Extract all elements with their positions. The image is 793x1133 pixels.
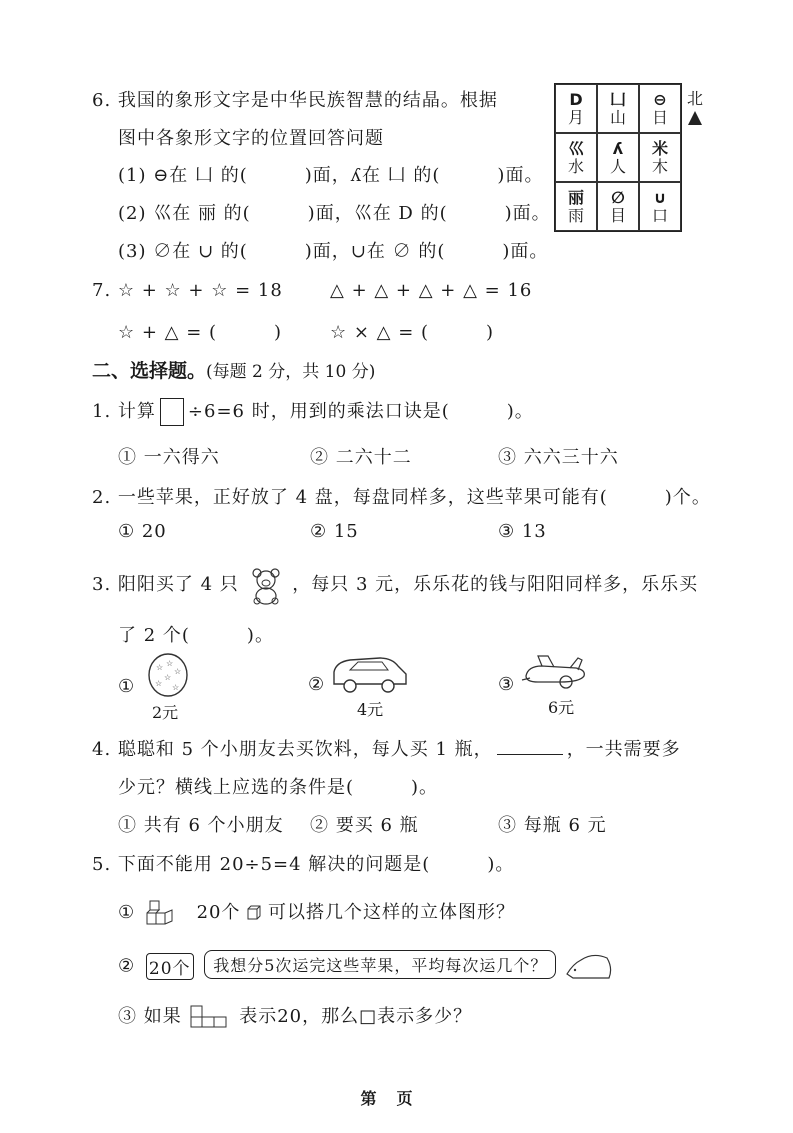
svg-text:☆: ☆ <box>172 683 179 692</box>
q7-ask1: ☆ + △ = ( ) <box>118 318 282 344</box>
rain-glyph-icon: 丽 <box>568 189 584 207</box>
mouth-glyph-icon: ∪ <box>654 189 667 207</box>
c3-option-1-num[interactable]: ① <box>118 676 135 697</box>
c4-prefix: 4. 聪聪和 5 个小朋友去买饮料，每人买 1 瓶， <box>92 739 493 760</box>
moon-glyph-icon: D <box>569 91 582 109</box>
option-num: ① <box>118 902 135 923</box>
q6-sub1: (1) ⊖在 凵 的( )面，ʎ在 凵 的( )面。 <box>118 161 543 187</box>
option-num: ② <box>118 956 135 977</box>
c2-question: 2. 一些苹果，正好放了 4 盘，每盘同样多，这些苹果可能有( )个。 <box>92 483 711 509</box>
c3-suffix: ，每只 3 元，乐乐花的钱与阳阳同样多，乐乐买 <box>292 574 698 595</box>
eye-glyph-icon: ∅ <box>611 189 625 207</box>
grid-cell-sun: ⊖日 <box>639 84 681 133</box>
c3-option-2-price: 4元 <box>357 697 383 720</box>
wood-glyph-icon: 米 <box>652 140 668 158</box>
sun-glyph-icon: ⊖ <box>653 91 666 109</box>
option-text: 表示20，那么□表示多少？ <box>239 1006 472 1027</box>
ball-icon: ☆☆ ☆☆ ☆☆ <box>146 652 190 698</box>
option-text: 如果 <box>144 1006 182 1027</box>
svg-text:☆: ☆ <box>155 679 162 688</box>
page-footer: 第页 <box>0 1086 793 1109</box>
c2-option-3[interactable]: ③ 13 <box>498 521 547 542</box>
c5-option-3[interactable]: ③ 如果 表示20，那么□表示多少？ <box>118 1002 472 1029</box>
grid-char: 口 <box>652 207 668 225</box>
c1-option-2[interactable]: ② 二六十二 <box>310 443 412 469</box>
grid-cell-mountain: 凵山 <box>597 84 639 133</box>
cube-icon <box>247 905 261 921</box>
grid-char: 雨 <box>568 207 584 225</box>
grid-cell-rain: 丽雨 <box>555 182 597 231</box>
speech-bubble: 我想分5次运完这些苹果，平均每次运几个？ <box>204 950 556 979</box>
apple-basket-icon: 20个 <box>146 953 194 980</box>
c4-line2: 少元？横线上应选的条件是( )。 <box>118 773 438 799</box>
svg-text:☆: ☆ <box>156 663 163 672</box>
c3-option-1-price: 2元 <box>152 700 178 723</box>
c1-option-1[interactable]: ① 一六得六 <box>118 443 220 469</box>
c4-option-2[interactable]: ② 要买 6 瓶 <box>310 811 419 837</box>
fill-blank-line[interactable] <box>497 738 563 755</box>
grid-char: 水 <box>568 158 584 176</box>
grid-cell-wood: 米木 <box>639 133 681 182</box>
q7-eq2: △ + △ + △ + △ = 16 <box>330 280 532 301</box>
grid-char: 月 <box>568 109 584 127</box>
person-glyph-icon: ʎ <box>613 140 623 158</box>
car-icon <box>330 654 410 696</box>
grid-char: 人 <box>610 158 626 176</box>
mountain-glyph-icon: 凵 <box>610 91 626 109</box>
north-label: 北 <box>683 86 707 109</box>
q7-eq1: 7. ☆ + ☆ + ☆ = 18 <box>92 280 283 301</box>
q6-line1: 6. 我国的象形文字是中华民族智慧的结晶。根据 <box>92 86 498 112</box>
grid-char: 山 <box>610 109 626 127</box>
grid-cell-moon: D月 <box>555 84 597 133</box>
c1-suffix: ÷6=6 时，用到的乘法口诀是( )。 <box>188 401 534 422</box>
c3-line2: 了 2 个( )。 <box>118 621 274 647</box>
hedgehog-icon <box>563 950 613 982</box>
c5-option-1[interactable]: ① 20个 可以搭几个这样的立体图形？ <box>118 898 515 926</box>
c2-option-2[interactable]: ② 15 <box>310 521 359 542</box>
c1-question: 1. 计算÷6=6 时，用到的乘法口诀是( )。 <box>92 397 534 426</box>
pictograph-grid: D月 凵山 ⊖日 巛水 ʎ人 米木 丽雨 ∅目 ∪口 <box>554 83 682 232</box>
c3-option-3-price: 6元 <box>548 695 574 718</box>
c5-question: 5. 下面不能用 20÷5=4 解决的问题是( )。 <box>92 850 514 876</box>
c3-question: 3. 阳阳买了 4 只 ，每只 3 元，乐乐花的钱与阳阳同样多，乐乐买 <box>92 565 698 605</box>
answer-box[interactable] <box>160 398 184 426</box>
grid-cell-water: 巛水 <box>555 133 597 182</box>
grid-char: 木 <box>652 158 668 176</box>
c3-option-2-num[interactable]: ② <box>308 674 325 695</box>
teddy-bear-icon <box>248 565 284 605</box>
c1-option-3[interactable]: ③ 六六三十六 <box>498 443 619 469</box>
north-arrow-icon <box>688 111 702 125</box>
section-note: (每题 2 分，共 10 分) <box>206 362 375 382</box>
north-indicator: 北 <box>683 86 707 125</box>
c4-suffix: ，一共需要多 <box>567 739 681 760</box>
c1-prefix: 1. 计算 <box>92 401 156 422</box>
svg-text:☆: ☆ <box>174 667 181 676</box>
q6-sub2: (2) 巛在 丽 的( )面，巛在 D 的( )面。 <box>118 199 551 225</box>
c4-option-3[interactable]: ③ 每瓶 6 元 <box>498 811 607 837</box>
stacked-cubes-icon <box>146 900 176 926</box>
q6-line2: 图中各象形文字的位置回答问题 <box>118 124 384 150</box>
airplane-icon <box>520 654 590 694</box>
c3-prefix: 3. 阳阳买了 4 只 <box>92 574 239 595</box>
q6-sub3: (3) ∅在 ∪ 的( )面，∪在 ∅ 的( )面。 <box>118 237 548 263</box>
c4-question: 4. 聪聪和 5 个小朋友去买饮料，每人买 1 瓶，，一共需要多 <box>92 735 681 761</box>
q7-ask2: ☆ × △ = ( ) <box>330 318 494 344</box>
option-num: ③ <box>118 1006 137 1027</box>
grid-cell-person: ʎ人 <box>597 133 639 182</box>
svg-text:☆: ☆ <box>166 659 173 668</box>
c2-option-1[interactable]: ① 20 <box>118 521 167 542</box>
section-heading: 二、选择题。 <box>92 360 206 382</box>
section-title: 二、选择题。(每题 2 分，共 10 分) <box>92 356 375 383</box>
c4-option-1[interactable]: ① 共有 6 个小朋友 <box>118 811 284 837</box>
option-text: 20个 <box>197 902 241 923</box>
water-glyph-icon: 巛 <box>568 140 584 158</box>
grid-char: 日 <box>652 109 668 127</box>
c3-option-3-num[interactable]: ③ <box>498 674 515 695</box>
grid-cell-mouth: ∪口 <box>639 182 681 231</box>
c5-option-2[interactable]: ② 20个 我想分5次运完这些苹果，平均每次运几个？ <box>118 950 613 982</box>
grid-cell-eye: ∅目 <box>597 182 639 231</box>
option-text: 可以搭几个这样的立体图形？ <box>268 902 515 923</box>
svg-text:☆: ☆ <box>164 673 171 682</box>
block-diagram-icon <box>190 1005 230 1029</box>
grid-char: 目 <box>610 207 626 225</box>
